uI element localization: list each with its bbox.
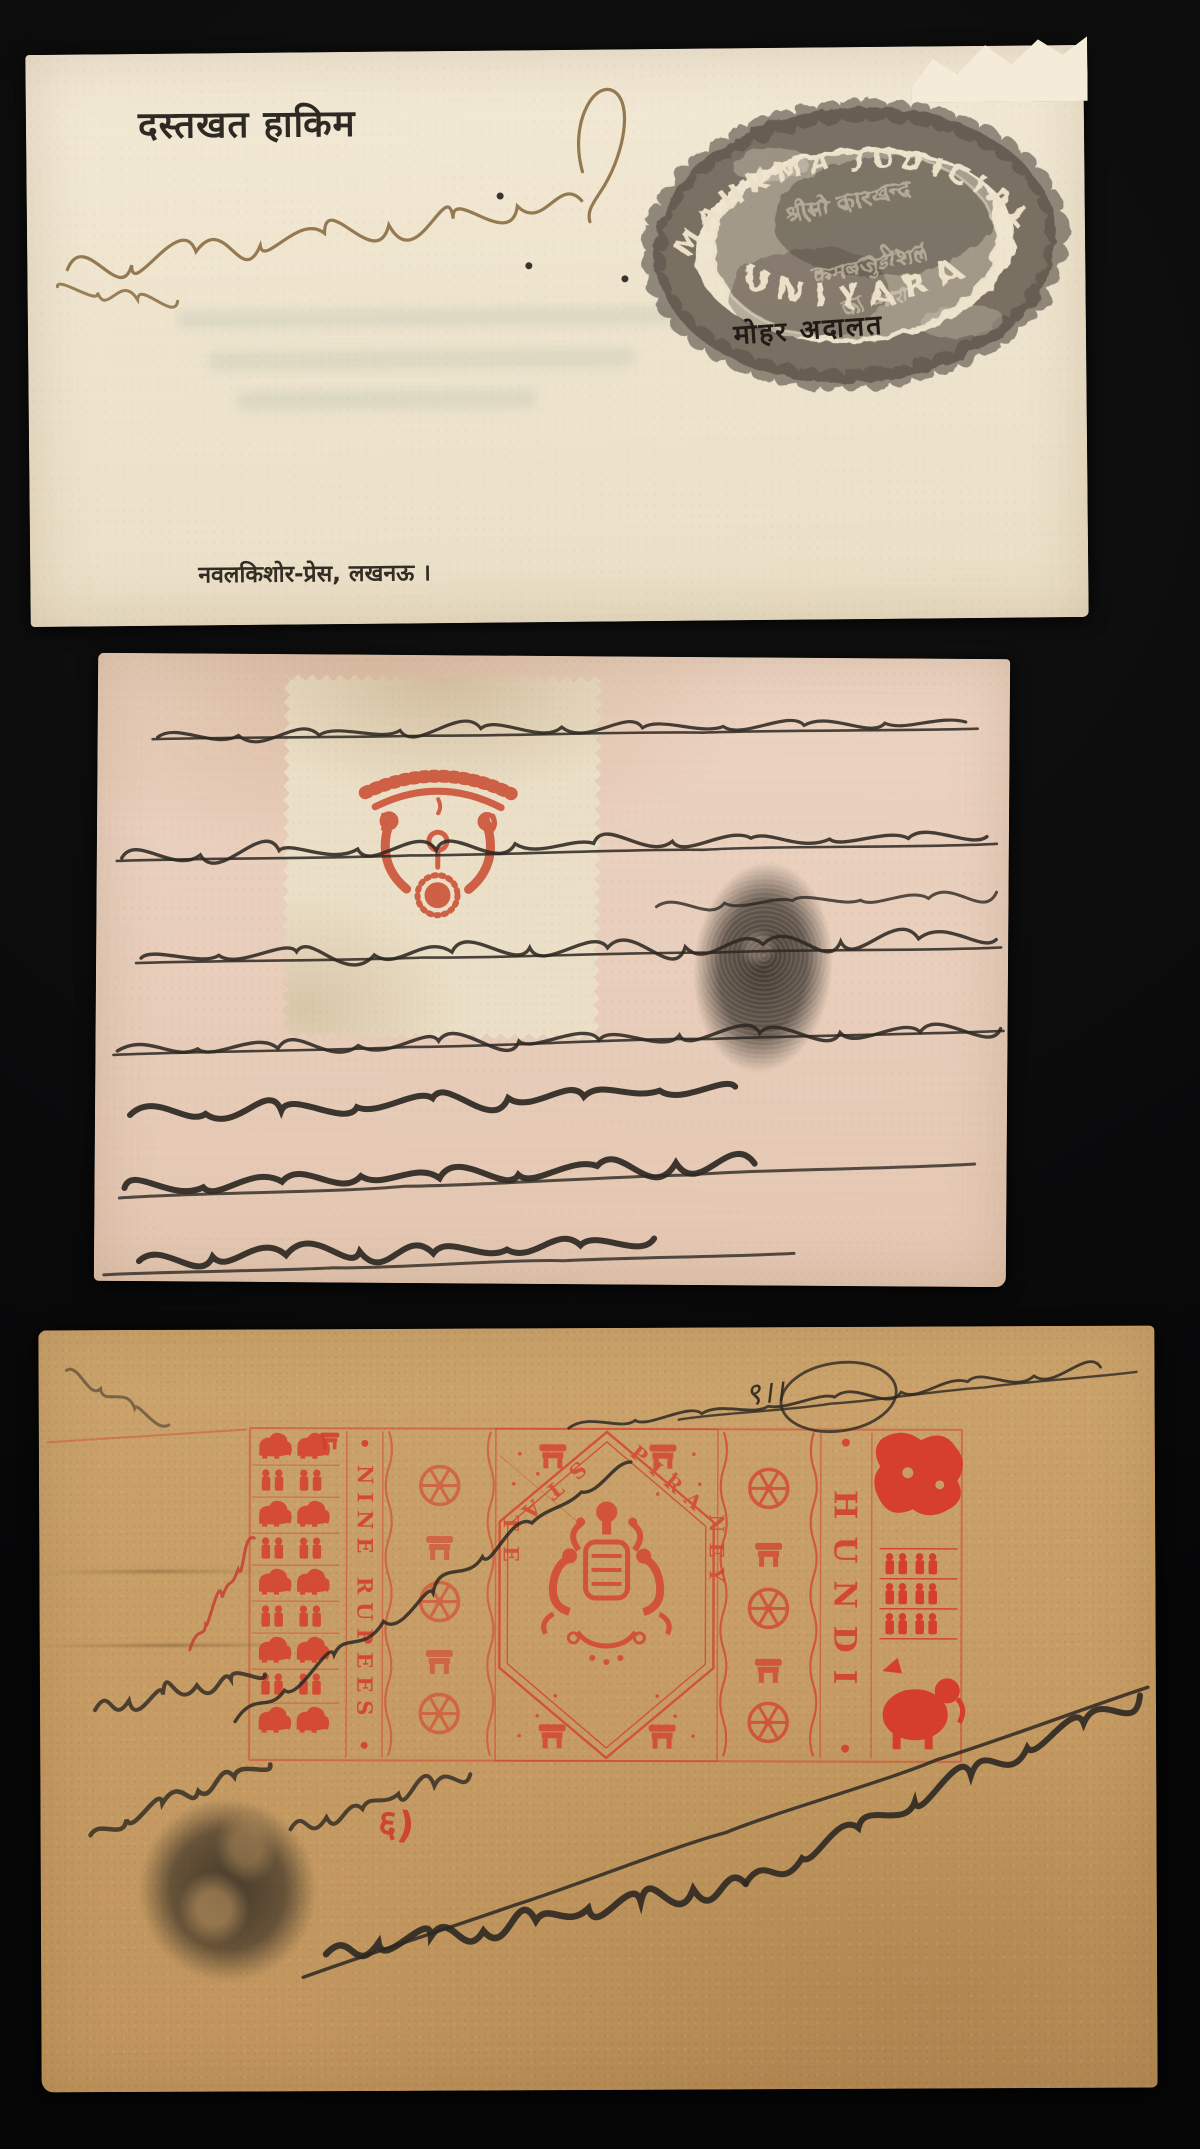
photo-of-documents: दस्तखत हाकिम [0, 0, 1200, 2149]
stamp-ornament-column-left [385, 1431, 494, 1755]
nine-rupees-text: NINE RUPEES [352, 1465, 378, 1723]
stamp-figure-column-left [251, 1433, 340, 1732]
press-imprint: नवलकिशोर-प्रेस, लखनऊ । [198, 555, 431, 589]
showthrough-text [145, 247, 680, 402]
handwritten-figure: ९।। [742, 1369, 787, 1416]
stamp-emblem [352, 755, 523, 926]
emblem-center-ornament [429, 832, 447, 850]
state-hexagon-panel: STATE PIRANEY [495, 1429, 729, 1762]
document-deed [94, 653, 1010, 1287]
handwriting-stroke [139, 1235, 654, 1270]
handwriting-stroke [119, 1158, 974, 1204]
page-title: दस्तखत हाकिम [138, 96, 356, 149]
handwriting-stroke [124, 1150, 754, 1195]
stamp-figure-column-right [874, 1433, 963, 1749]
ink-dot [525, 262, 532, 269]
document-hundi: NINE RUPEES [38, 1326, 1157, 2093]
revenue-stamp [282, 674, 603, 1040]
handwriting-stroke [326, 1878, 746, 1957]
coat-of-arms [544, 1502, 670, 1665]
handwriting-stroke [189, 1537, 254, 1649]
hundi-stamp: NINE RUPEES [247, 1425, 964, 1765]
document-judicial-cover: दस्तखत हाकिम [25, 45, 1088, 627]
hexagon-right-text: PIRANEY [625, 1440, 729, 1592]
ink-dot [497, 193, 504, 200]
handwriting-stroke [95, 1673, 265, 1710]
handwriting-stroke [67, 1369, 169, 1427]
thumbprint [675, 842, 851, 1093]
svg-text:PIRANEY: PIRANEY [625, 1440, 729, 1592]
judicial-seal: MAHKMA JUDICIAL UNIYARA श्रीमो कारखन्द क… [615, 71, 1096, 419]
stamp-ornament-column-right [720, 1432, 817, 1756]
smudged-seal [118, 1777, 337, 2002]
stamp-hundi-column: HUNDI [820, 1433, 872, 1759]
handwriting-stroke [104, 1249, 794, 1280]
hundi-text: HUNDI [826, 1490, 863, 1701]
denomination-numeral: ६) [376, 1795, 418, 1850]
emblem-sun [424, 882, 450, 908]
stamp-border-extension [47, 1430, 247, 1443]
stamp-nine-rupees-column: NINE RUPEES [320, 1431, 383, 1757]
handwriting-stroke [130, 1080, 735, 1123]
crease-line [39, 1569, 274, 1573]
handwriting-stroke [568, 1362, 1100, 1429]
hexagon-state-text: STATE [499, 1456, 592, 1577]
svg-text:STATE: STATE [499, 1456, 592, 1577]
